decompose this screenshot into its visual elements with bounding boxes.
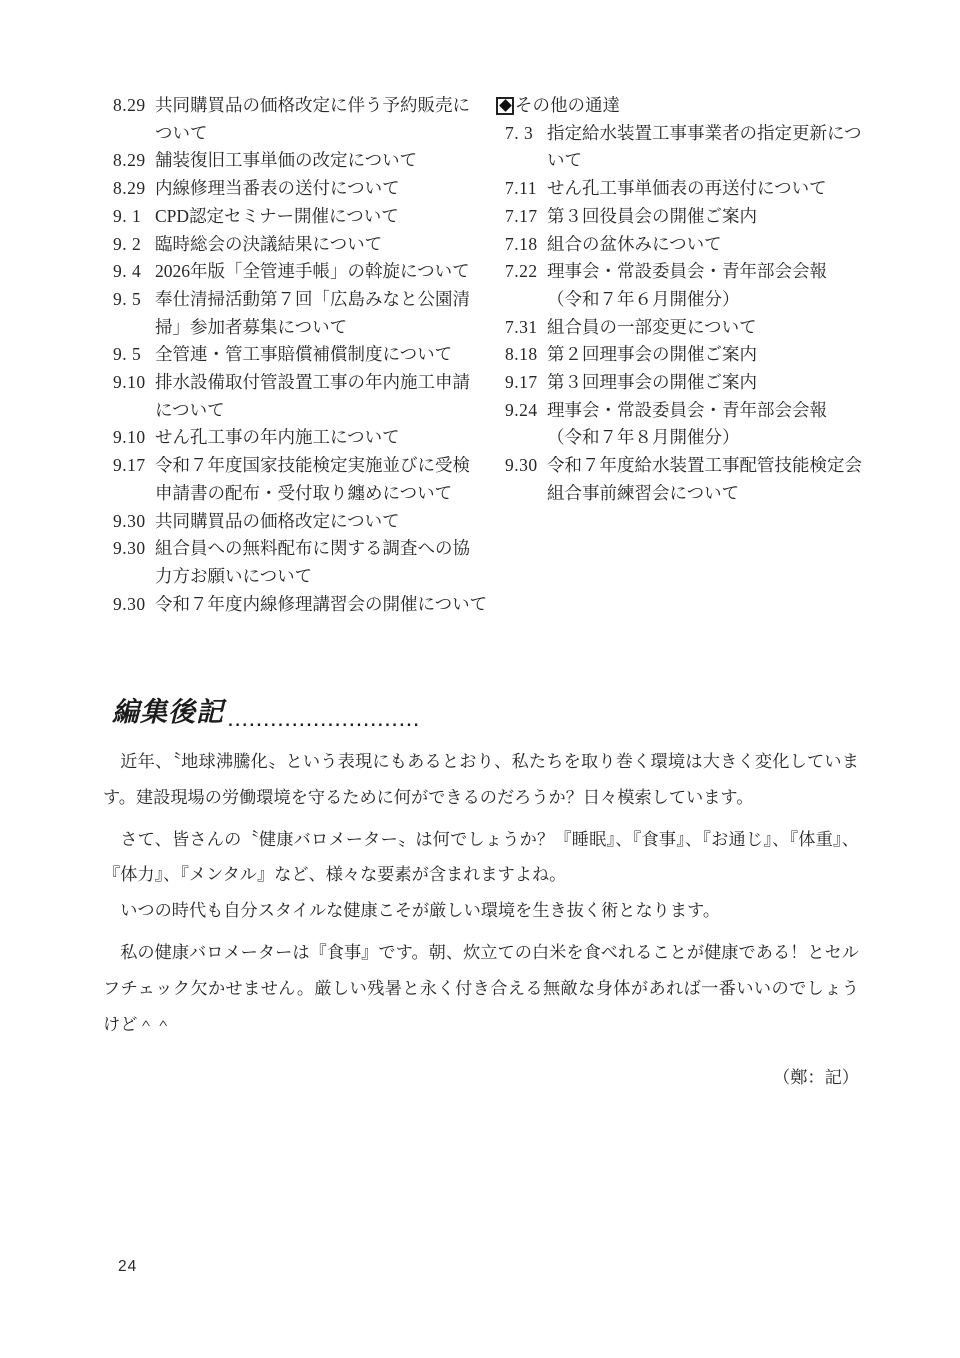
other-notices-header: その他の通達 xyxy=(496,92,872,120)
notice-item: 9. 5 全管連・管工事賠償補償制度について xyxy=(113,341,485,369)
notice-date: 8.29 xyxy=(113,92,155,120)
notice-date: 8.29 xyxy=(113,175,155,203)
dotted-leader: ........................... xyxy=(228,715,421,730)
notice-item: 9.30 共同購買品の価格改定について xyxy=(113,508,485,536)
notice-item: 8.29 共同購買品の価格改定に伴う予約販売に ついて xyxy=(113,92,485,147)
other-notices-header-label: その他の通達 xyxy=(515,92,620,120)
notice-text: せん孔工事単価表の再送付について xyxy=(547,175,872,203)
notice-date: 7.17 xyxy=(505,203,547,231)
notice-date: 7.18 xyxy=(505,231,547,259)
editorial-paragraph: 近年、〝地球沸騰化〟という表現にもあるとおり、私たちを取り巻く環境は大きく変化し… xyxy=(103,744,859,816)
editorial-header: 編集後記........................... xyxy=(112,690,421,729)
notice-date: 9.30 xyxy=(505,452,547,480)
notice-date: 7. 3 xyxy=(505,120,547,148)
diamond-in-box-icon xyxy=(496,97,514,115)
notice-text: せん孔工事の年内施工について xyxy=(155,424,485,452)
notice-text: 2026年版「全管連手帳」の斡旋について xyxy=(155,258,485,286)
notice-date: 9.10 xyxy=(113,424,155,452)
notice-text: 排水設備取付管設置工事の年内施工申請 について xyxy=(155,369,485,424)
notice-item: 7.11 せん孔工事単価表の再送付について xyxy=(497,175,872,203)
notice-item: 9. 4 2026年版「全管連手帳」の斡旋について xyxy=(113,258,485,286)
notice-item: 7.31 組合員の一部変更について xyxy=(497,314,872,342)
notice-item: 7.17 第３回役員会の開催ご案内 xyxy=(497,203,872,231)
notice-item: 9. 5 奉仕清掃活動第７回「広島みなと公園清 掃」参加者募集について xyxy=(113,286,485,341)
notice-item: 9. 2 臨時総会の決議結果について xyxy=(113,231,485,259)
notice-text: 令和７年度給水装置工事配管技能検定会 組合事前練習会について xyxy=(547,452,872,507)
notice-date: 9.24 xyxy=(505,397,547,425)
editorial-attribution: （鄭：記） xyxy=(103,1060,859,1096)
editorial-body: 近年、〝地球沸騰化〟という表現にもあるとおり、私たちを取り巻く環境は大きく変化し… xyxy=(103,744,859,1096)
notice-date: 9.17 xyxy=(113,452,155,480)
notice-text: 理事会・常設委員会・青年部会会報 （令和７年６月開催分） xyxy=(547,258,872,313)
notice-date: 9.30 xyxy=(113,508,155,536)
notice-text: 舗装復旧工事単価の改定について xyxy=(155,147,485,175)
notice-text: 組合員の一部変更について xyxy=(547,314,872,342)
notice-date: 7.31 xyxy=(505,314,547,342)
notice-text: 組合員への無料配布に関する調査への協 力方お願いについて xyxy=(155,535,485,590)
notice-date: 9. 5 xyxy=(113,341,155,369)
notice-text: 共同購買品の価格改定に伴う予約販売に ついて xyxy=(155,92,485,147)
notice-text: 第３回役員会の開催ご案内 xyxy=(547,203,872,231)
notice-item: 8.29 内線修理当番表の送付について xyxy=(113,175,485,203)
notice-text: 指定給水装置工事事業者の指定更新につ いて xyxy=(547,120,872,175)
notice-text: 臨時総会の決議結果について xyxy=(155,231,485,259)
notice-date: 9.17 xyxy=(505,369,547,397)
notice-item: 9. 1 CPD認定セミナー開催について xyxy=(113,203,485,231)
notice-column-right: その他の通達 7. 3 指定給水装置工事事業者の指定更新につ いて 7.11 せ… xyxy=(497,92,872,508)
notice-text: 全管連・管工事賠償補償制度について xyxy=(155,341,485,369)
editorial-paragraph: さて、皆さんの〝健康バロメーター〟は何でしょうか？『睡眠』、『食事』、『お通じ』… xyxy=(103,822,859,894)
notice-date: 8.29 xyxy=(113,147,155,175)
notice-item: 9.30 組合員への無料配布に関する調査への協 力方お願いについて xyxy=(113,535,485,590)
notice-item: 9.30 令和７年度内線修理講習会の開催について xyxy=(113,591,485,619)
notice-column-left: 8.29 共同購買品の価格改定に伴う予約販売に ついて 8.29 舗装復旧工事単… xyxy=(113,92,485,618)
notice-item: 9.10 せん孔工事の年内施工について xyxy=(113,424,485,452)
editorial-paragraph: いつの時代も自分スタイルな健康こそが厳しい環境を生き抜く術となります。 xyxy=(103,893,859,929)
notice-date: 9.10 xyxy=(113,369,155,397)
notice-date: 9. 4 xyxy=(113,258,155,286)
notice-item: 7. 3 指定給水装置工事事業者の指定更新につ いて xyxy=(497,120,872,175)
notice-text: 令和７年度国家技能検定実施並びに受検 申請書の配布・受付取り纏めについて xyxy=(155,452,485,507)
notice-text: 令和７年度内線修理講習会の開催について xyxy=(155,591,487,619)
notice-text: CPD認定セミナー開催について xyxy=(155,203,485,231)
notice-item: 9.17 令和７年度国家技能検定実施並びに受検 申請書の配布・受付取り纏めについ… xyxy=(113,452,485,507)
notice-text: 内線修理当番表の送付について xyxy=(155,175,485,203)
notice-date: 9.30 xyxy=(113,591,155,619)
page-number: 24 xyxy=(118,1258,137,1276)
notice-date: 9.30 xyxy=(113,535,155,563)
notice-text: 奉仕清掃活動第７回「広島みなと公園清 掃」参加者募集について xyxy=(155,286,485,341)
notice-text: 組合の盆休みについて xyxy=(547,231,872,259)
notice-date: 9. 1 xyxy=(113,203,155,231)
notice-item: 7.18 組合の盆休みについて xyxy=(497,231,872,259)
notice-text: 共同購買品の価格改定について xyxy=(155,508,485,536)
notice-item: 9.17 第３回理事会の開催ご案内 xyxy=(497,369,872,397)
notice-text: 第２回理事会の開催ご案内 xyxy=(547,341,872,369)
notice-date: 7.11 xyxy=(505,175,547,203)
notice-date: 9. 5 xyxy=(113,286,155,314)
notice-date: 8.18 xyxy=(505,341,547,369)
editorial-title: 編集後記 xyxy=(112,697,224,727)
notice-text: 理事会・常設委員会・青年部会会報 （令和７年８月開催分） xyxy=(547,397,872,452)
notice-item: 8.18 第２回理事会の開催ご案内 xyxy=(497,341,872,369)
notice-item: 9.30 令和７年度給水装置工事配管技能検定会 組合事前練習会について xyxy=(497,452,872,507)
editorial-paragraph: 私の健康バロメーターは『食事』です。朝、炊立ての白米を食べれることが健康である！… xyxy=(103,935,859,1042)
notice-item: 9.24 理事会・常設委員会・青年部会会報 （令和７年８月開催分） xyxy=(497,397,872,452)
notice-item: 9.10 排水設備取付管設置工事の年内施工申請 について xyxy=(113,369,485,424)
notice-text: 第３回理事会の開催ご案内 xyxy=(547,369,872,397)
notice-item: 7.22 理事会・常設委員会・青年部会会報 （令和７年６月開催分） xyxy=(497,258,872,313)
notice-date: 7.22 xyxy=(505,258,547,286)
notice-item: 8.29 舗装復旧工事単価の改定について xyxy=(113,147,485,175)
notice-date: 9. 2 xyxy=(113,231,155,259)
